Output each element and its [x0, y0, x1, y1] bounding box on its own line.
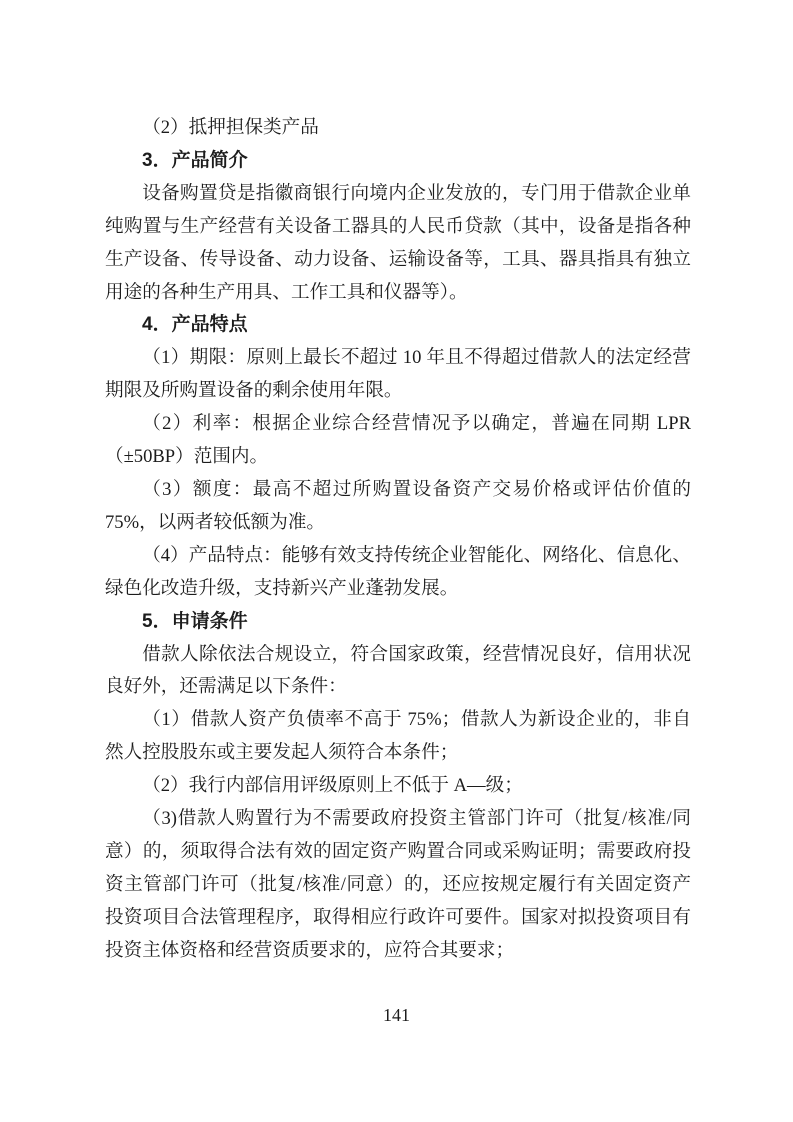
paragraph-amount-limit: （3）额度：最高不超过所购置设备资产交易价格或评估价值的 75%，以两者较低额为…: [105, 474, 691, 540]
paragraph-interest-rate: （2）利率：根据企业综合经营情况予以确定，普遍在同期 LPR（±50BP）范围内…: [105, 408, 691, 474]
list-item-collateral-products: （2）抵押担保类产品: [105, 112, 691, 145]
section-heading-application-conditions: 5．申请条件: [105, 606, 691, 639]
paragraph-product-intro: 设备购置贷是指徽商银行向境内企业发放的，专门用于借款企业单纯购置与生产经营有关设…: [105, 178, 691, 310]
section-heading-product-intro: 3．产品简介: [105, 145, 691, 178]
paragraph-condition-3: （3)借款人购置行为不需要政府投资主管部门许可（批复/核准/同意）的，须取得合法…: [105, 803, 691, 968]
paragraph-condition-2: （2）我行内部信用评级原则上不低于 A—级；: [105, 770, 691, 803]
document-body: （2）抵押担保类产品 3．产品简介 设备购置贷是指徽商银行向境内企业发放的，专门…: [105, 112, 691, 968]
paragraph-conditions-intro: 借款人除依法合规设立，符合国家政策，经营情况良好，信用状况良好外，还需满足以下条…: [105, 639, 691, 705]
paragraph-feature-summary: （4）产品特点：能够有效支持传统企业智能化、网络化、信息化、绿色化改造升级，支持…: [105, 540, 691, 606]
document-page: （2）抵押担保类产品 3．产品简介 设备购置贷是指徽商银行向境内企业发放的，专门…: [0, 0, 793, 1122]
paragraph-term: （1）期限：原则上最长不超过 10 年且不得超过借款人的法定经营期限及所购置设备…: [105, 342, 691, 408]
paragraph-condition-1: （1）借款人资产负债率不高于 75%；借款人为新设企业的，非自然人控股股东或主要…: [105, 704, 691, 770]
page-number: 141: [0, 1002, 793, 1028]
section-heading-product-features: 4．产品特点: [105, 309, 691, 342]
